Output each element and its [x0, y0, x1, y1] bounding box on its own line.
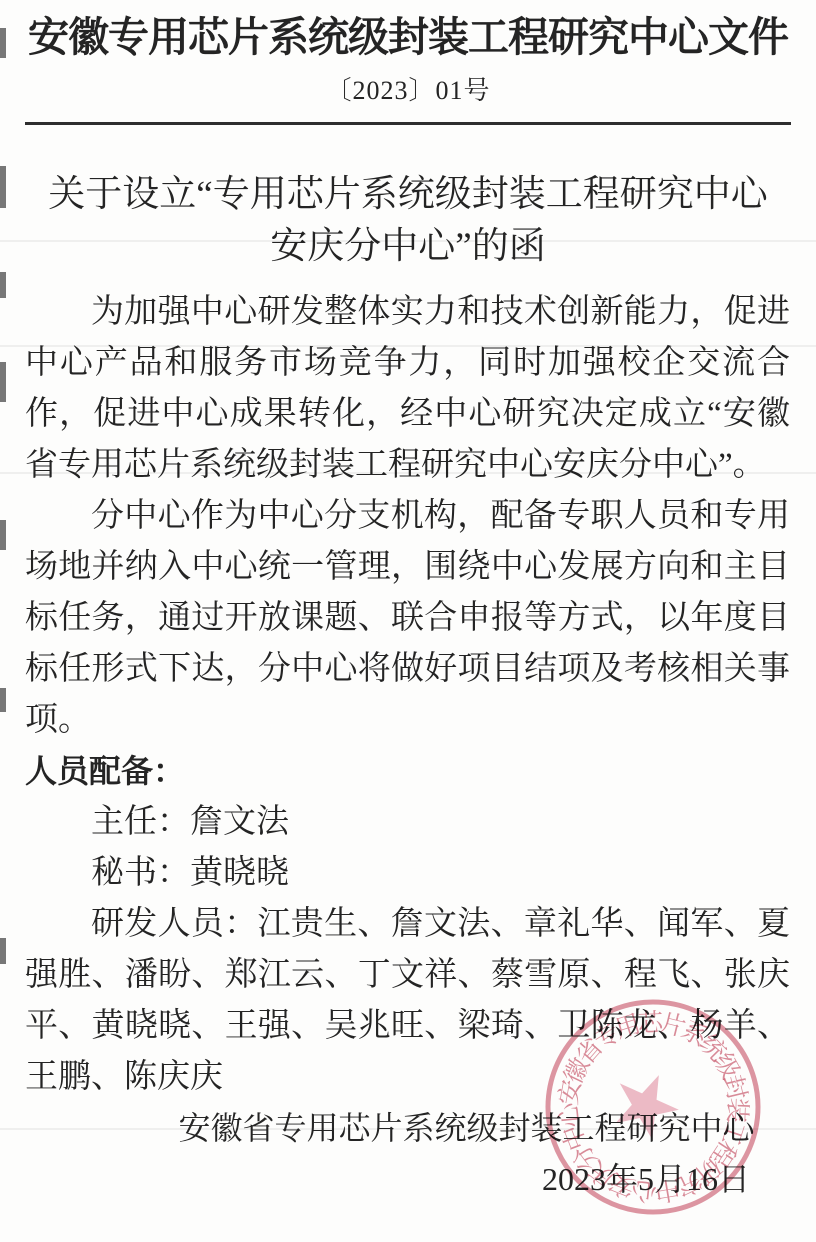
header-divider [25, 122, 791, 125]
document-title-line1: 关于设立“专用芯片系统级封装工程研究中心 [0, 169, 816, 221]
signature-date: 2023年5月16日 [25, 1154, 790, 1205]
staff-heading: 人员配备： [25, 746, 790, 797]
staff-line-director: 主任：詹文法 [25, 797, 790, 848]
document-page: 安徽专用芯片系统级封装工程研究中心文件 〔2023〕01号 关于设立“专用芯片系… [0, 0, 816, 1242]
body-paragraph: 分中心作为中心分支机构，配备专职人员和专用场地并纳入中心统一管理，围绕中心发展方… [25, 491, 790, 746]
signature-organization: 安徽省专用芯片系统级封装工程研究中心 [25, 1103, 790, 1154]
scan-artifact [0, 166, 6, 208]
rd-staff-paragraph: 研发人员：江贵生、詹文法、章礼华、闻军、夏强胜、潘盼、郑江云、丁文祥、蔡雪原、程… [25, 899, 790, 1103]
document-title: 关于设立“专用芯片系统级封装工程研究中心 安庆分中心”的函 [0, 169, 816, 273]
scan-artifact [0, 28, 6, 58]
scan-artifact [0, 688, 6, 712]
document-header-title: 安徽专用芯片系统级封装工程研究中心文件 [0, 0, 816, 62]
document-body: 为加强中心研发整体实力和技术创新能力，促进中心产品和服务市场竞争力，同时加强校企… [25, 287, 790, 1205]
scan-artifact [0, 272, 6, 298]
document-number: 〔2023〕01号 [0, 70, 816, 107]
body-paragraph: 为加强中心研发整体实力和技术创新能力，促进中心产品和服务市场竞争力，同时加强校企… [25, 287, 790, 491]
scan-artifact [0, 938, 6, 964]
scan-artifact [0, 520, 6, 550]
staff-line-secretary: 秘书：黄晓晓 [25, 848, 790, 899]
scan-artifact [0, 362, 6, 402]
document-title-line2: 安庆分中心”的函 [0, 221, 816, 273]
